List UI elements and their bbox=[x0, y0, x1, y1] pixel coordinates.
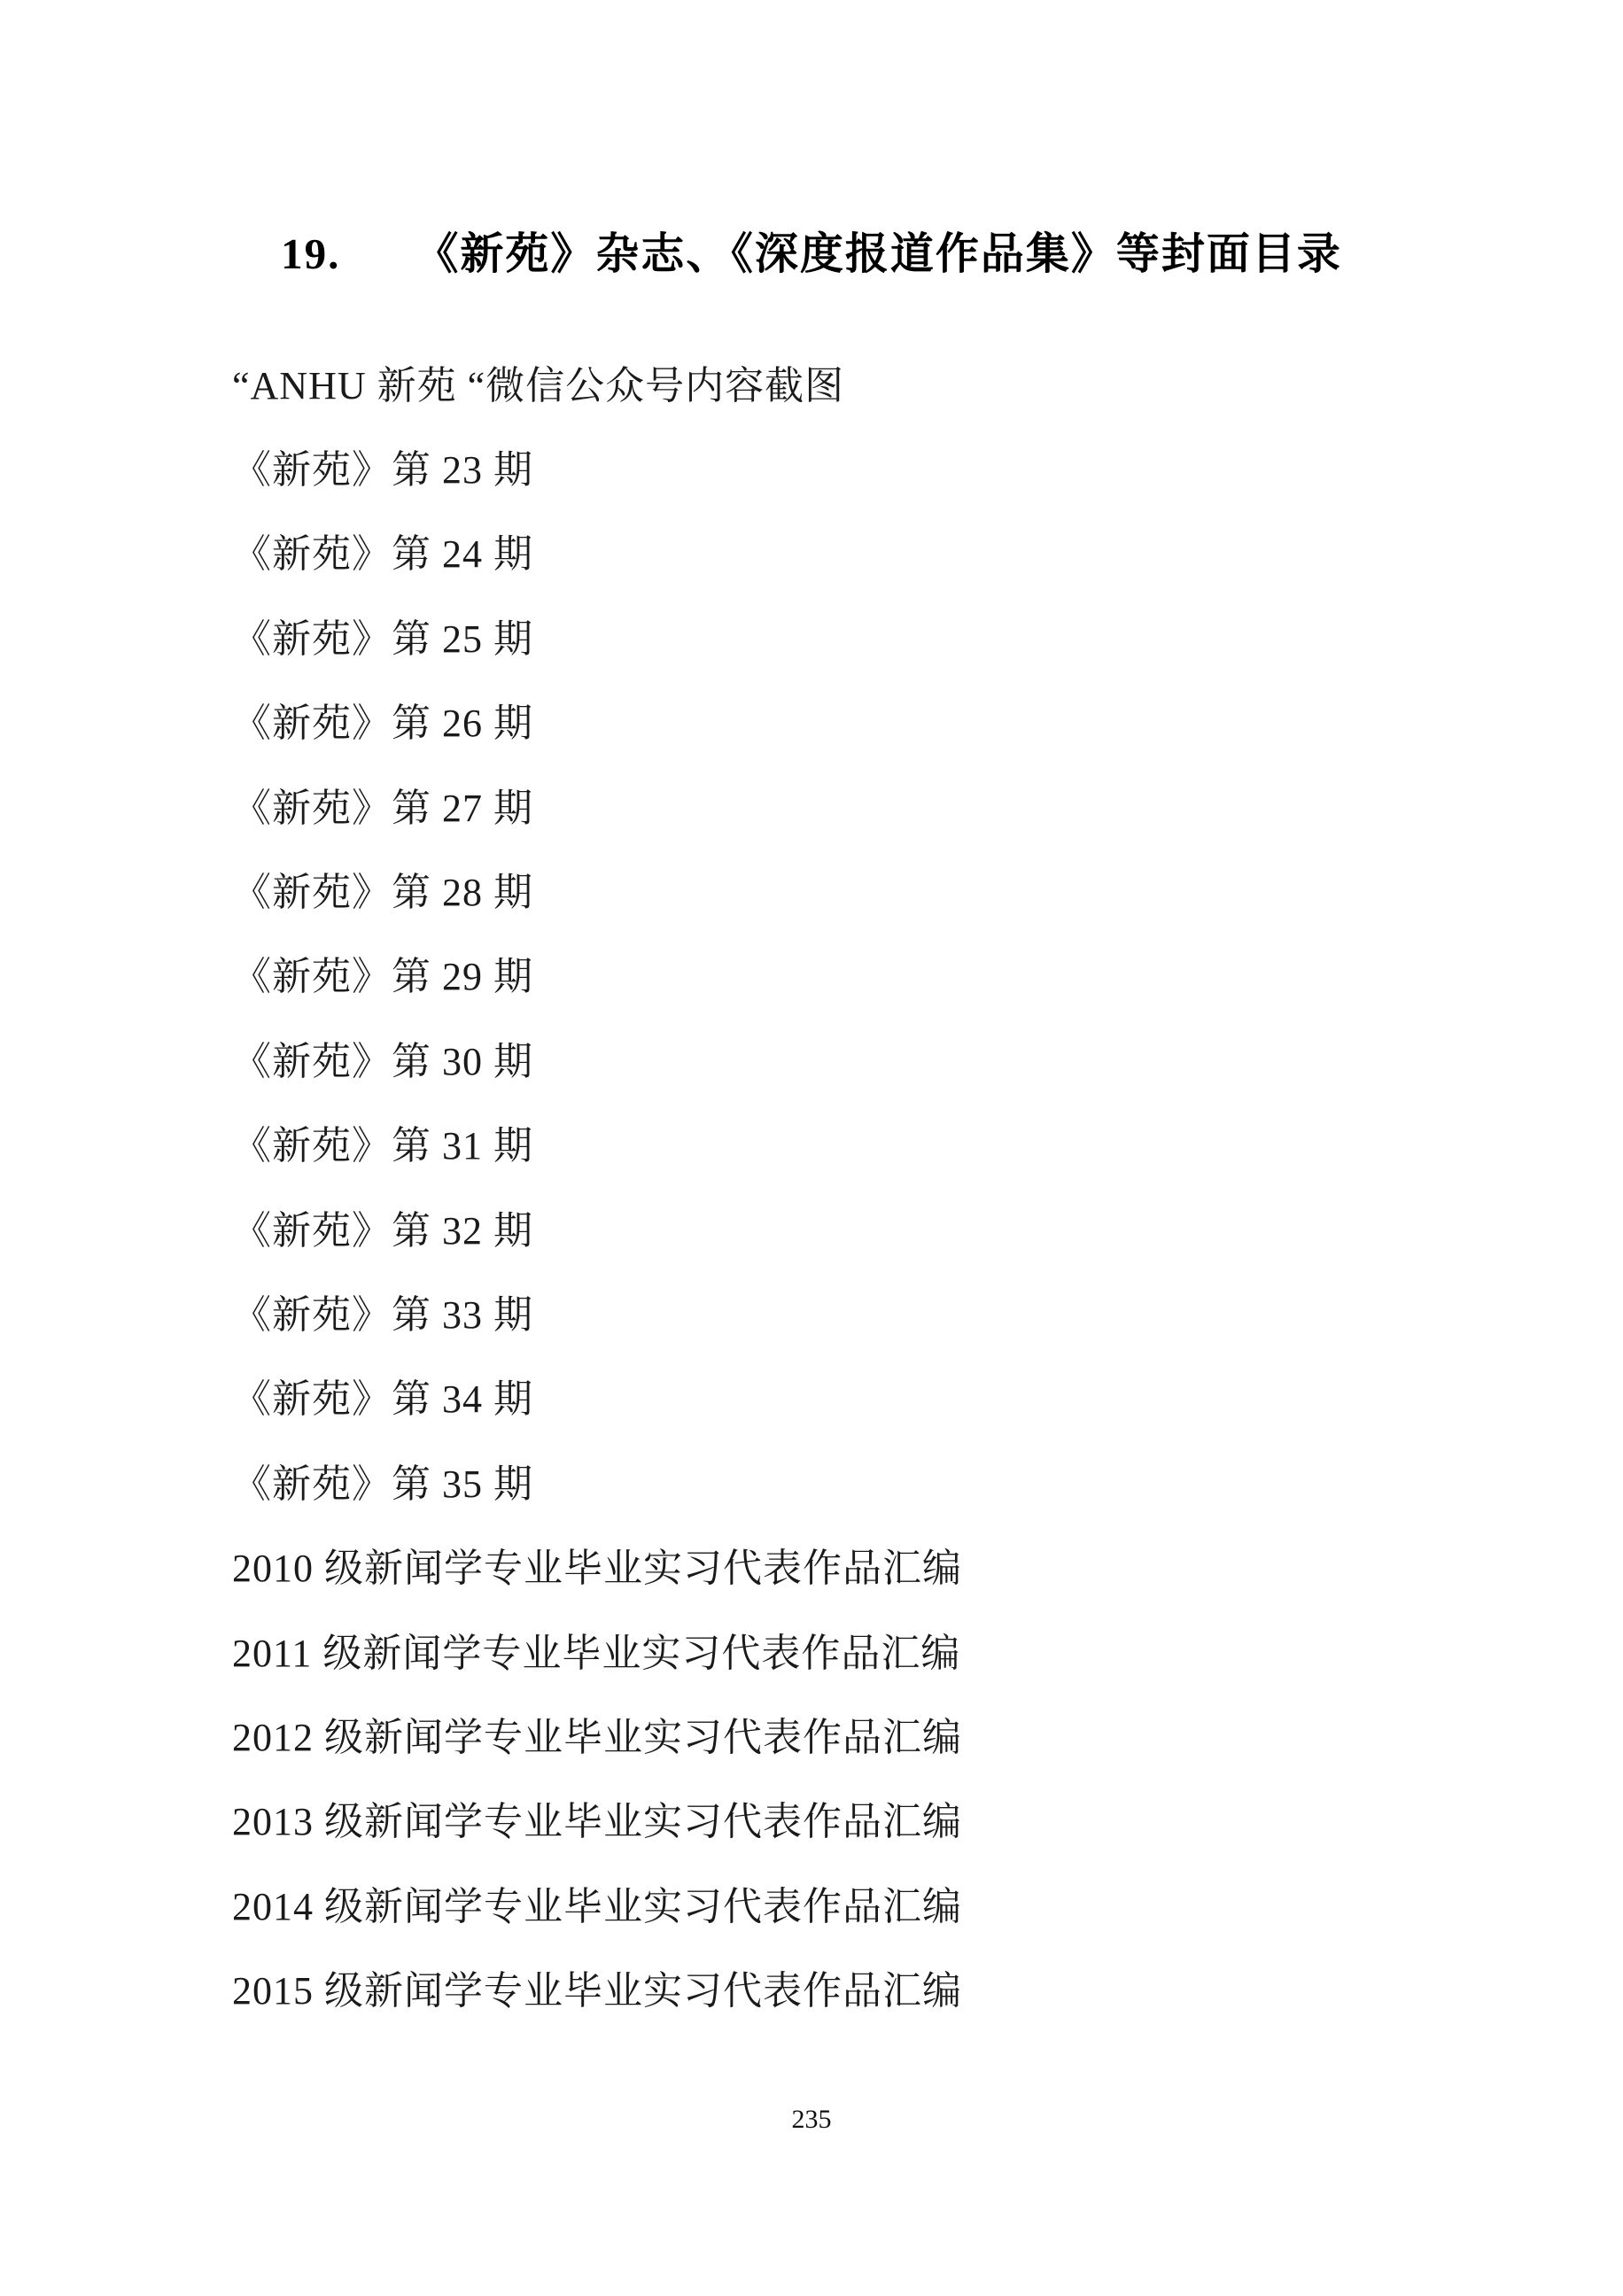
list-item: 《新苑》第 24 期 bbox=[232, 508, 1534, 593]
title-text: 《新苑》杂志、《深度报道作品集》等封面目录 bbox=[415, 230, 1342, 278]
title-section-number: 19. bbox=[281, 229, 340, 278]
list-item: 《新苑》第 29 期 bbox=[232, 931, 1534, 1015]
list-item: “ANHU 新苑 “微信公众号内容截图 bbox=[232, 339, 1534, 423]
document-page: 19.《新苑》杂志、《深度报道作品集》等封面目录 “ANHU 新苑 “微信公众号… bbox=[0, 0, 1623, 2296]
list-item: 2010 级新闻学专业毕业实习代表作品汇编 bbox=[232, 1522, 1534, 1606]
list-item: 2015 级新闻学专业毕业实习代表作品汇编 bbox=[232, 1944, 1534, 2028]
list-item: 2014 级新闻学专业毕业实习代表作品汇编 bbox=[232, 1860, 1534, 1944]
list-item: 《新苑》第 23 期 bbox=[232, 423, 1534, 508]
list-item: 《新苑》第 26 期 bbox=[232, 678, 1534, 762]
list-item: 《新苑》第 33 期 bbox=[232, 1268, 1534, 1353]
list-item: 2013 级新闻学专业毕业实习代表作品汇编 bbox=[232, 1776, 1534, 1860]
list-item: 2012 级新闻学专业毕业实习代表作品汇编 bbox=[232, 1691, 1534, 1775]
list-item: 《新苑》第 27 期 bbox=[232, 762, 1534, 846]
page-title: 19.《新苑》杂志、《深度报道作品集》等封面目录 bbox=[0, 227, 1623, 282]
list-item: 《新苑》第 28 期 bbox=[232, 846, 1534, 930]
list-item: 《新苑》第 35 期 bbox=[232, 1438, 1534, 1522]
list-item: 《新苑》第 30 期 bbox=[232, 1015, 1534, 1099]
page-number: 235 bbox=[0, 2105, 1623, 2135]
cover-catalog-list: “ANHU 新苑 “微信公众号内容截图 《新苑》第 23 期 《新苑》第 24 … bbox=[232, 339, 1534, 2029]
list-item: 《新苑》第 32 期 bbox=[232, 1184, 1534, 1268]
list-item: 《新苑》第 34 期 bbox=[232, 1354, 1534, 1438]
list-item: 《新苑》第 25 期 bbox=[232, 593, 1534, 677]
list-item: 《新苑》第 31 期 bbox=[232, 1100, 1534, 1184]
list-item: 2011 级新闻学专业毕业实习代表作品汇编 bbox=[232, 1607, 1534, 1691]
